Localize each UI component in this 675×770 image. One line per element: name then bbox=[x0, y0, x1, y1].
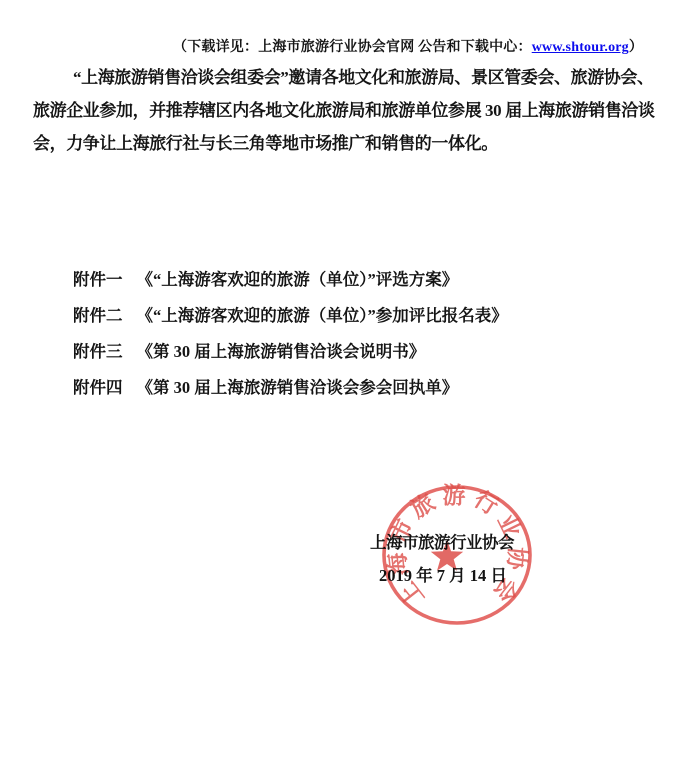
seal-ring-text-curved: 上海市旅游行业协会 bbox=[383, 483, 530, 611]
download-note: （下载详见：上海市旅游行业协会官网 公告和下载中心：www.shtour.org… bbox=[173, 36, 643, 56]
attachment-title: 《第 30 届上海旅游销售洽谈会参会回执单》 bbox=[137, 378, 459, 397]
document-page: （下载详见：上海市旅游行业协会官网 公告和下载中心：www.shtour.org… bbox=[0, 0, 675, 770]
official-seal-stamp: 上海市旅游行业协会 bbox=[379, 483, 535, 633]
attachment-title: 《“上海游客欢迎的旅游（单位）”评选方案》 bbox=[137, 270, 459, 289]
attachment-item: 附件三《第 30 届上海旅游销售洽谈会说明书》 bbox=[73, 334, 508, 370]
attachment-item: 附件四《第 30 届上海旅游销售洽谈会参会回执单》 bbox=[73, 370, 508, 406]
attachment-title: 《“上海游客欢迎的旅游（单位）”参加评比报名表》 bbox=[137, 306, 508, 325]
paragraph-line: 旅游企业参加，并推荐辖区内各地文化旅游局和旅游单位参展 30 届上海旅游销售洽谈 bbox=[33, 94, 653, 127]
download-note-prefix: （下载详见：上海市旅游行业协会官网 公告和下载中心： bbox=[173, 40, 532, 55]
paragraph-line: “上海旅游销售洽谈会组委会”邀请各地文化和旅游局、景区管委会、旅游协会、 bbox=[33, 61, 653, 94]
attachment-title: 《第 30 届上海旅游销售洽谈会说明书》 bbox=[137, 342, 426, 361]
attachment-label: 附件一 bbox=[73, 270, 123, 289]
download-note-suffix: ） bbox=[629, 40, 643, 55]
attachment-list: 附件一《“上海游客欢迎的旅游（单位）”评选方案》 附件二《“上海游客欢迎的旅游（… bbox=[73, 262, 508, 406]
attachment-label: 附件二 bbox=[73, 306, 123, 325]
attachment-label: 附件四 bbox=[73, 378, 123, 397]
body-paragraph: “上海旅游销售洽谈会组委会”邀请各地文化和旅游局、景区管委会、旅游协会、 旅游企… bbox=[33, 61, 653, 160]
seal-star-icon bbox=[431, 540, 463, 571]
download-link[interactable]: www.shtour.org bbox=[532, 40, 629, 55]
seal-ring-text: 上海市旅游行业协会 bbox=[383, 483, 530, 611]
paragraph-line: 会，力争让上海旅行社与长三角等地市场推广和销售的一体化。 bbox=[33, 127, 653, 160]
attachment-label: 附件三 bbox=[73, 342, 123, 361]
attachment-item: 附件二《“上海游客欢迎的旅游（单位）”参加评比报名表》 bbox=[73, 298, 508, 334]
attachment-item: 附件一《“上海游客欢迎的旅游（单位）”评选方案》 bbox=[73, 262, 508, 298]
